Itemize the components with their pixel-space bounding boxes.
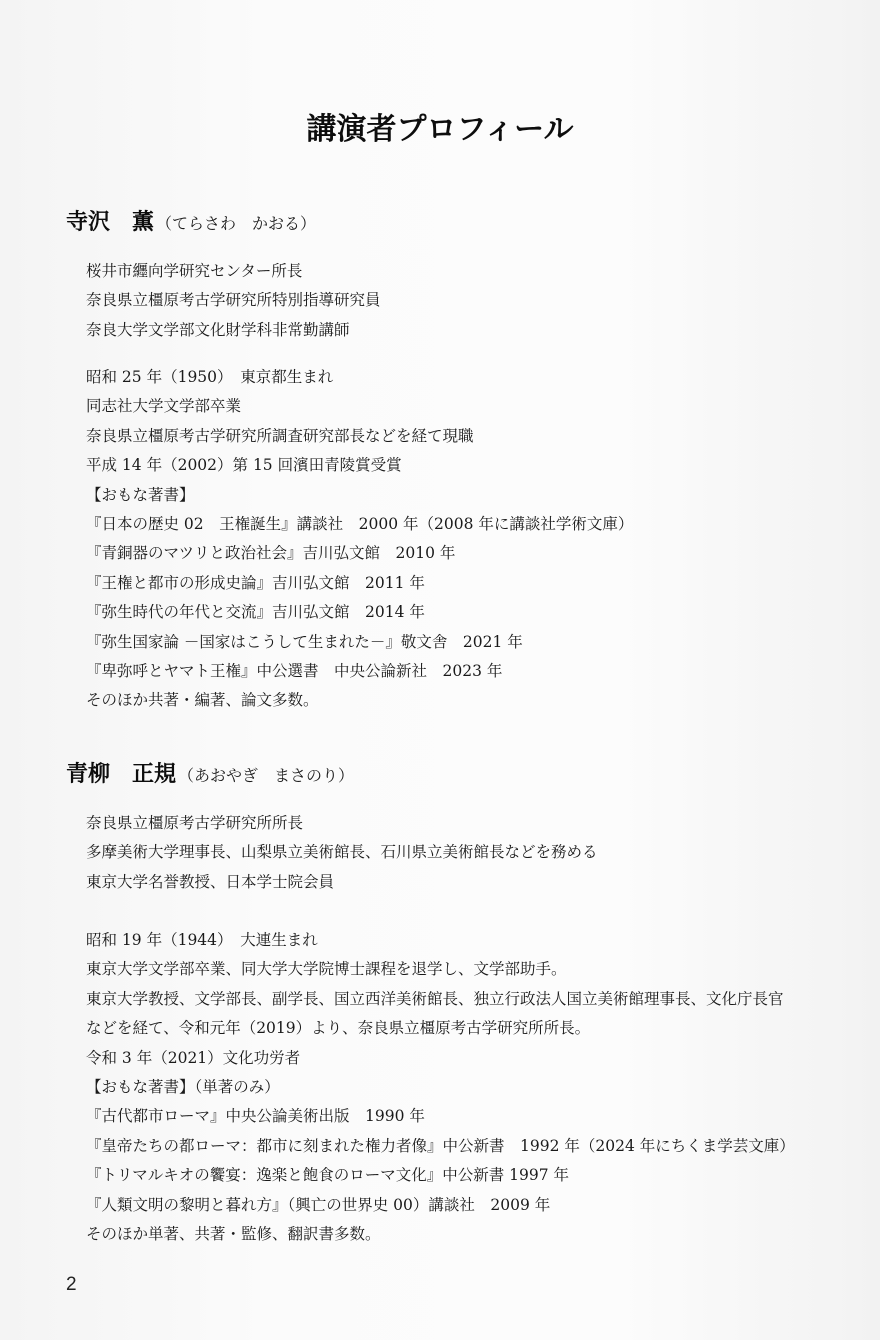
speaker-1-name-line: 寺沢 薫（てらさわ かおる） bbox=[66, 205, 316, 236]
work-item: 『弥生国家論 －国家はこうして生まれた－』敬文舎 2021 年 bbox=[86, 628, 633, 657]
speaker-2-career: 昭和 19 年（1944） 大連生まれ 東京大学文学部卒業、同大学大学院博士課程… bbox=[86, 926, 795, 1249]
work-item: 『卑弥呼とヤマト王権』中公選書 中央公論新社 2023 年 bbox=[86, 657, 633, 686]
career-item: 東京大学文学部卒業、同大学大学院博士課程を退学し、文学部助手。 bbox=[86, 955, 795, 984]
work-item: 『人類文明の黎明と暮れ方』（興亡の世界史 00）講談社 2009 年 bbox=[86, 1191, 795, 1220]
speaker-1-kana: （てらさわ かおる） bbox=[156, 214, 316, 233]
speaker-2-name-line: 青柳 正規（あおやぎ まさのり） bbox=[66, 757, 354, 788]
career-item: 奈良県立橿原考古学研究所調査研究部長などを経て現職 bbox=[86, 422, 633, 451]
career-item: 昭和 25 年（1950） 東京都生まれ bbox=[86, 363, 633, 392]
works-heading: 【おもな著書】（単著のみ） bbox=[86, 1073, 795, 1102]
work-item: 『弥生時代の年代と交流』吉川弘文館 2014 年 bbox=[86, 598, 633, 627]
page-number: 2 bbox=[66, 1274, 77, 1296]
work-item: 『青銅器のマツリと政治社会』吉川弘文館 2010 年 bbox=[86, 539, 633, 568]
speaker-1-career: 昭和 25 年（1950） 東京都生まれ 同志社大学文学部卒業 奈良県立橿原考古… bbox=[86, 363, 633, 716]
career-item: などを経て、令和元年（2019）より、奈良県立橿原考古学研究所所長。 bbox=[86, 1014, 795, 1043]
career-item: 東京大学教授、文学部長、副学長、国立西洋美術館長、独立行政法人国立美術館理事長、… bbox=[86, 985, 795, 1014]
document-page: 講演者プロフィール 寺沢 薫（てらさわ かおる） 桜井市纒向学研究センター所長 … bbox=[0, 0, 880, 1340]
career-item: 平成 14 年（2002）第 15 回濱田青陵賞受賞 bbox=[86, 451, 633, 480]
speaker-2-positions: 奈良県立橿原考古学研究所所長 多摩美術大学理事長、山梨県立美術館長、石川県立美術… bbox=[86, 809, 598, 897]
position-item: 奈良県立橿原考古学研究所所長 bbox=[86, 809, 598, 838]
speaker-2-kana: （あおやぎ まさのり） bbox=[178, 766, 354, 785]
work-item: 『トリマルキオの饗宴：逸楽と飽食のローマ文化』中公新書 1997 年 bbox=[86, 1161, 795, 1190]
career-item: 同志社大学文学部卒業 bbox=[86, 392, 633, 421]
career-item: 昭和 19 年（1944） 大連生まれ bbox=[86, 926, 795, 955]
position-item: 多摩美術大学理事長、山梨県立美術館長、石川県立美術館長などを務める bbox=[86, 838, 598, 867]
position-item: 奈良県立橿原考古学研究所特別指導研究員 bbox=[86, 286, 381, 315]
position-item: 奈良大学文学部文化財学科非常勤講師 bbox=[86, 316, 381, 345]
work-item: 『王権と都市の形成史論』吉川弘文館 2011 年 bbox=[86, 569, 633, 598]
speaker-2-name: 青柳 正規 bbox=[66, 761, 176, 787]
works-heading: 【おもな著書】 bbox=[86, 481, 633, 510]
work-item: そのほか共著・編著、論文多数。 bbox=[86, 686, 633, 715]
page-title: 講演者プロフィール bbox=[0, 104, 880, 148]
speaker-1-positions: 桜井市纒向学研究センター所長 奈良県立橿原考古学研究所特別指導研究員 奈良大学文… bbox=[86, 257, 381, 345]
work-item: そのほか単著、共著・監修、翻訳書多数。 bbox=[86, 1220, 795, 1249]
position-item: 東京大学名誉教授、日本学士院会員 bbox=[86, 868, 598, 897]
career-item: 令和 3 年（2021）文化功労者 bbox=[86, 1044, 795, 1073]
speaker-1-name: 寺沢 薫 bbox=[66, 209, 154, 235]
work-item: 『皇帝たちの都ローマ：都市に刻まれた権力者像』中公新書 1992 年（2024 … bbox=[86, 1132, 795, 1161]
position-item: 桜井市纒向学研究センター所長 bbox=[86, 257, 381, 286]
work-item: 『古代都市ローマ』中央公論美術出版 1990 年 bbox=[86, 1102, 795, 1131]
work-item: 『日本の歴史 02 王権誕生』講談社 2000 年（2008 年に講談社学術文庫… bbox=[86, 510, 633, 539]
